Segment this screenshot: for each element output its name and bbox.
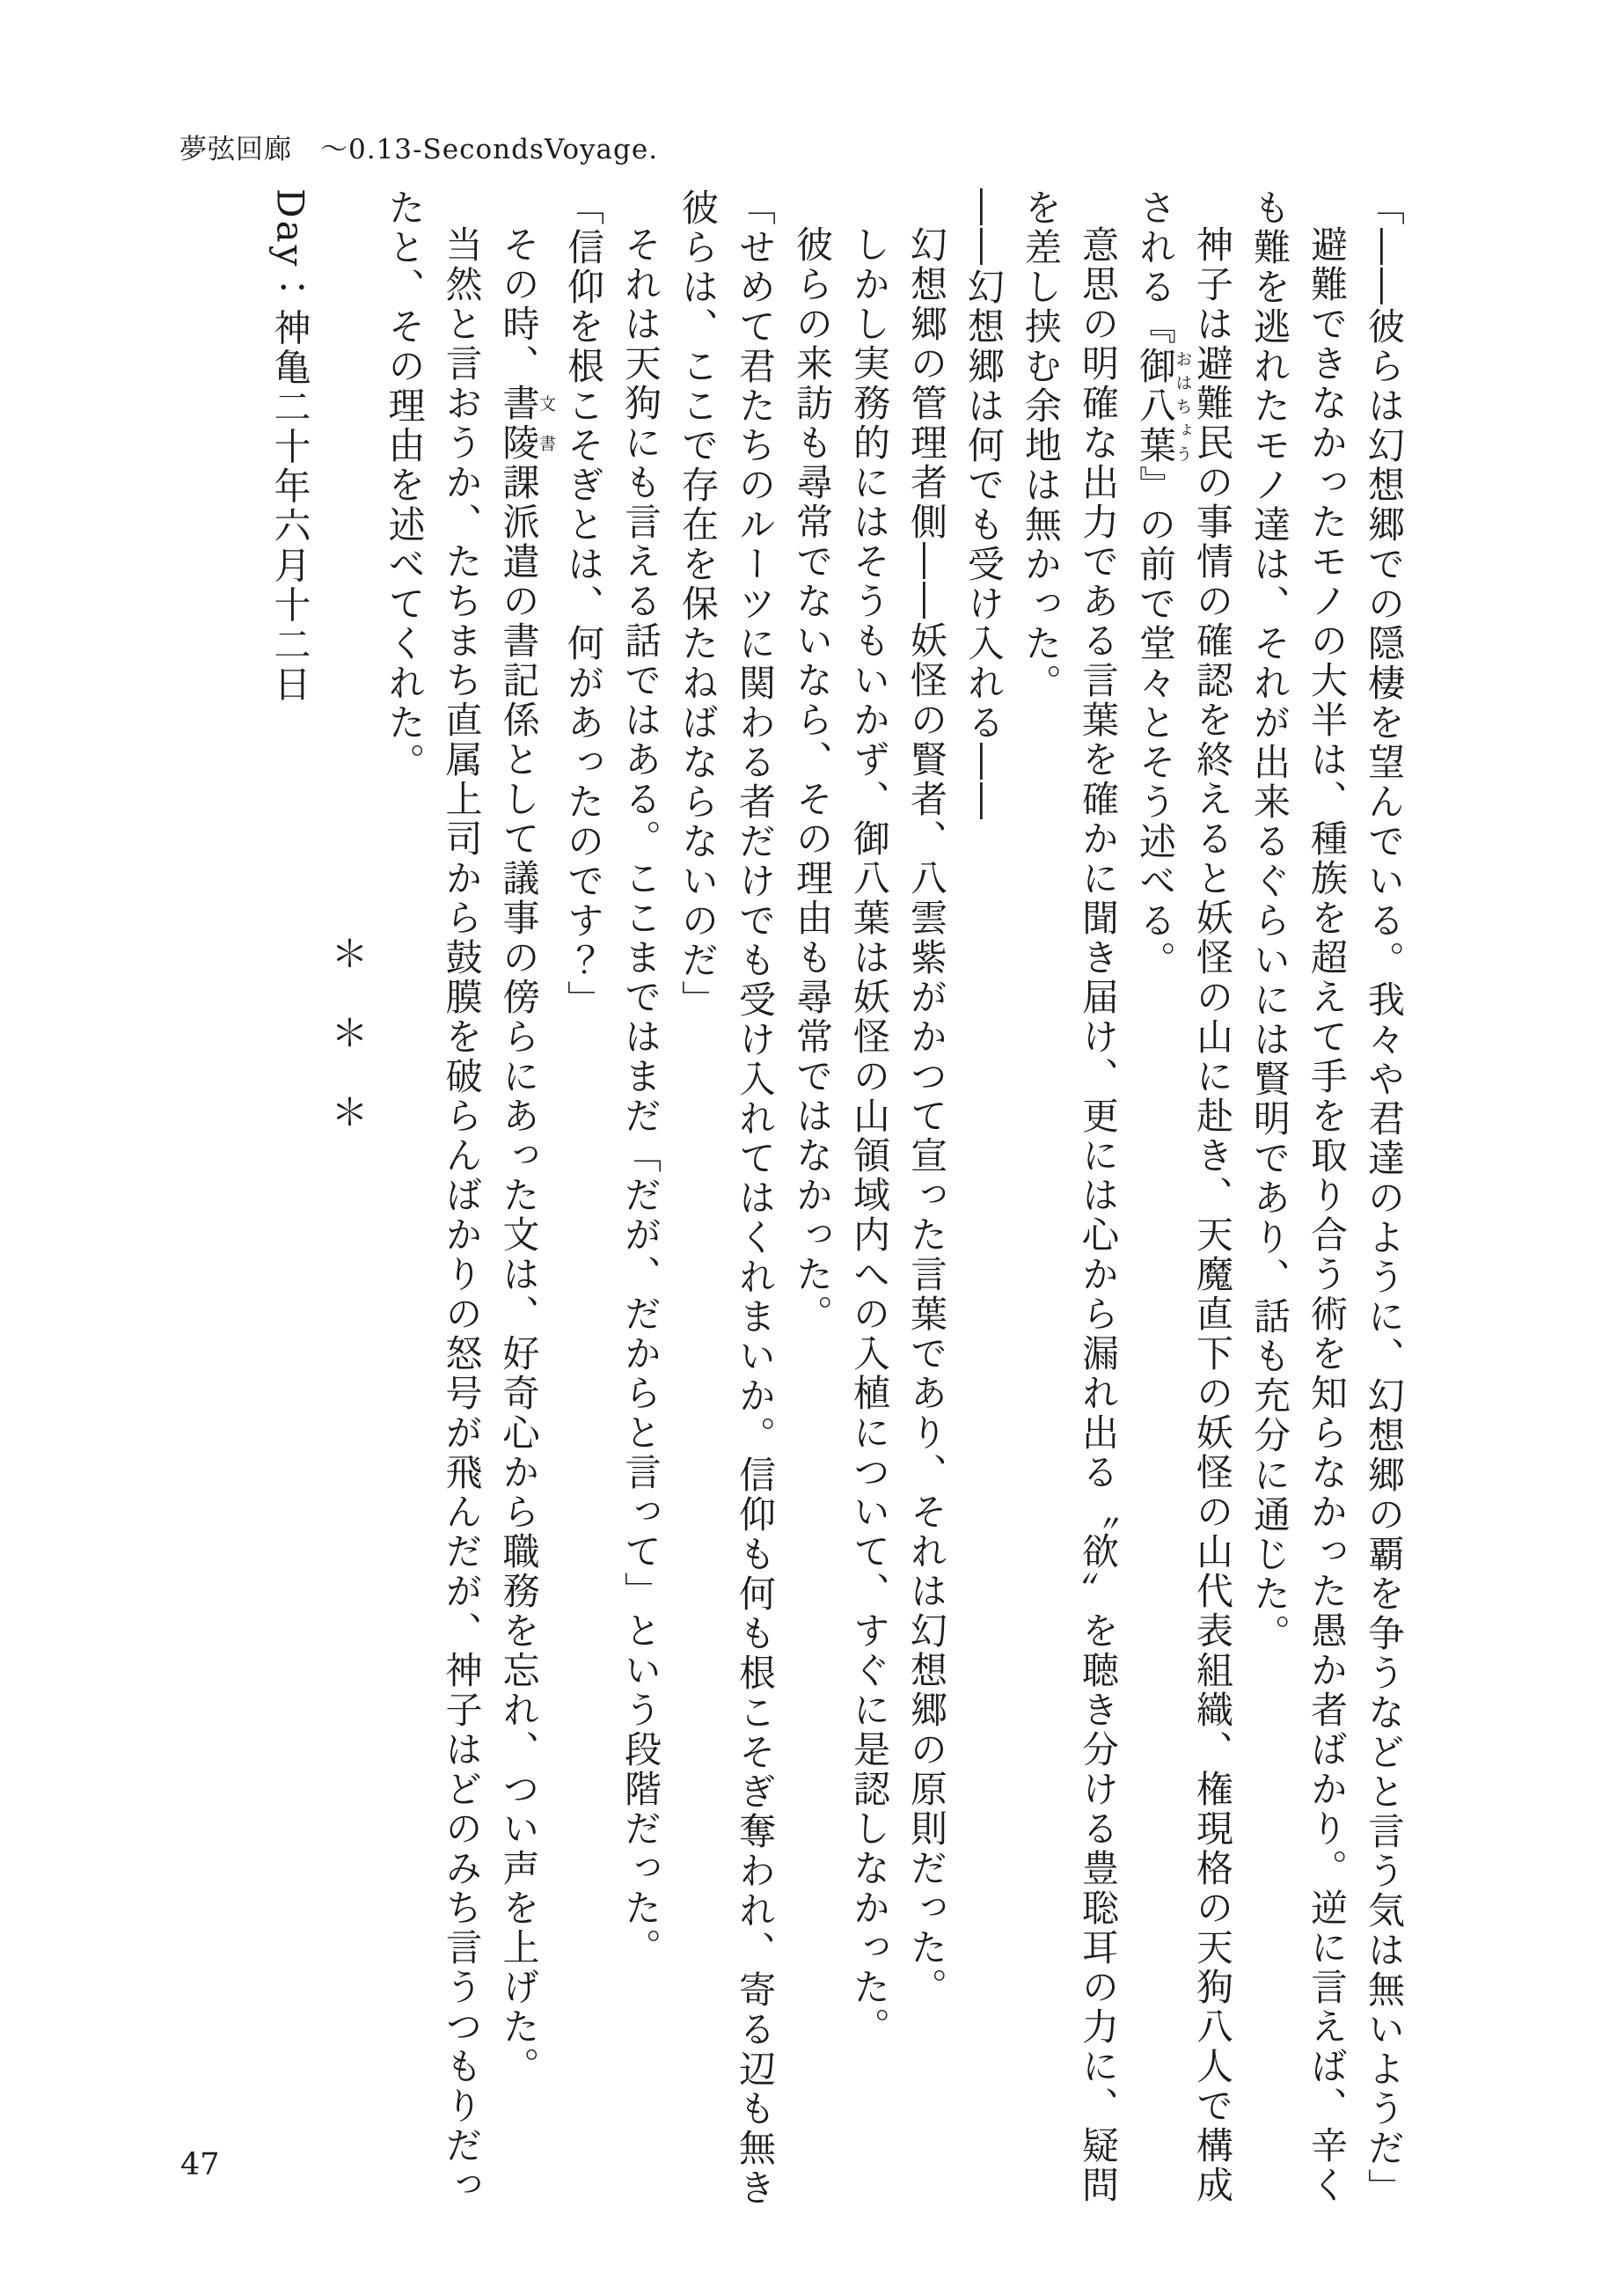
novel-paragraph: 「せめて君たちのルーツに関わる者だけでも受け入れてはくれまいか。信仰も何も根こそ… [669,188,784,2214]
novel-page: 夢弦回廊 ～0.13-SecondsVoyage. 「――彼らは幻想郷での隠棲を… [0,0,1624,2280]
novel-paragraph: 意思の明確な出力である言葉を確かに聞き届け、更には心から漏れ出る〝欲〟を聴き分け… [1013,188,1127,2214]
novel-paragraph: 「――彼らは幻想郷での隠棲を望んでいる。我々や君達のように、幻想郷の覇を争うなど… [1356,188,1413,2214]
day-heading: Day：神亀二十年六月十二日 [262,188,319,2214]
novel-text-block: 「――彼らは幻想郷での隠棲を望んでいる。我々や君達のように、幻想郷の覇を争うなど… [262,188,1414,2214]
novel-paragraph: 幻想郷の管理者側――妖怪の賢者、八雲紫がかつて宣った言葉であり、それは幻想郷の原… [898,188,955,2214]
running-header-title: 夢弦回廊 ～0.13-SecondsVoyage. [179,127,658,166]
novel-paragraph: その時、書陵文書課派遣の書記係として議事の傍らにあった文は、好奇心から職務を忘れ… [491,188,556,2214]
page-number: 47 [180,2147,220,2182]
novel-paragraph: しかし実務的にはそうもいかず、御八葉は妖怪の山領域内への入植について、すぐに是認… [841,188,898,2214]
ruby-reading: おはちょう [1174,347,1193,466]
scene-separator: ＊ ＊ ＊ [319,188,377,1878]
novel-paragraph: 神子は避難民の事情の確認を終えると妖怪の山に赴き、天魔直下の妖怪の山代表組織、権… [1127,188,1241,2214]
novel-paragraph: それは天狗にも言える話ではある。ここまではまだ「だが、だからと言って」という段階… [612,188,669,2214]
ruby-annotated-text: 書陵文書 [498,384,541,463]
ruby-annotated-text: 御八葉おはちょう [1134,347,1177,466]
ruby-reading: 文書 [537,384,556,463]
novel-paragraph: 避難できなかったモノの大半は、種族を超えて手を取り合う術を知らなかった愚か者ばか… [1241,188,1356,2214]
novel-paragraph: 彼らの来訪も尋常でないなら、その理由も尋常ではなかった。 [784,188,841,2214]
novel-paragraph: 当然と言おうか、たちまち直属上司から鼓膜を破らんばかりの怒号が飛んだが、神子はど… [377,188,491,2214]
novel-paragraph: 「信仰を根こそぎとは、何があったのです？」 [555,188,612,2214]
novel-paragraph: ――幻想郷は何でも受け入れる―― [955,188,1013,2214]
